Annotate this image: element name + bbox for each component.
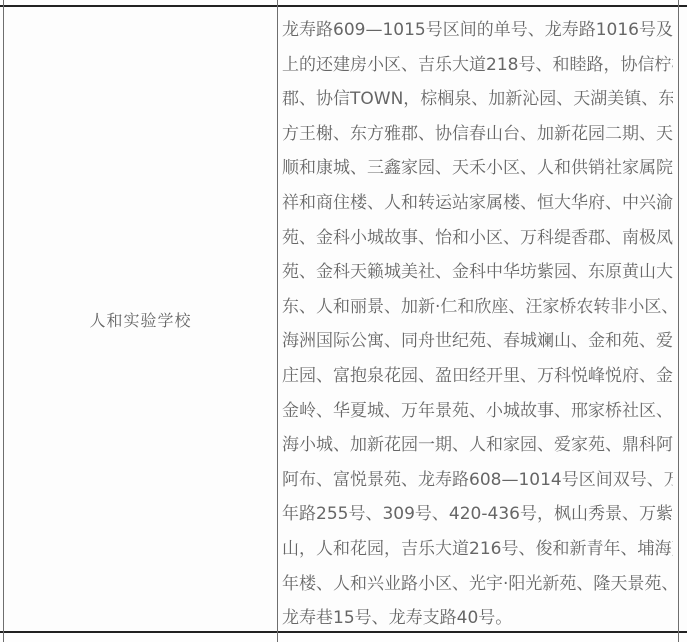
district-line: 祥和商住楼、人和转运站家属楼、恒大华府、中兴渝景: [282, 186, 673, 221]
district-line: 庄园、富抱泉花园、盈田经开里、万科悦峰悦府、金鹏: [282, 359, 673, 394]
school-name-cell: 人和实验学校: [4, 7, 277, 631]
district-line: 苑、金科小城故事、怡和小区、万科缇香郡、南极凤麟: [282, 221, 673, 256]
district-line: 海洲国际公寓、同舟世纪苑、春城斓山、金和苑、爱琴: [282, 324, 673, 359]
district-line: 方王榭、东方雅郡、协信春山台、加新花园二期、天一: [282, 117, 673, 152]
district-line: 顺和康城、三鑫家园、天禾小区、人和供销社家属院、: [282, 151, 673, 186]
district-line: 年路255号、309号、420-436号，枫山秀景、万紫: [282, 497, 673, 532]
district-line: 苑、金科天籁城美社、金科中华坊紫园、东原黄山大道: [282, 255, 673, 290]
district-line: 年楼、人和兴业路小区、光宇·阳光新苑、隆天景苑、: [282, 567, 673, 602]
district-line: 山，人和花园，吉乐大道216号、俊和新青年、埔海万: [282, 532, 673, 567]
district-list-cell: 龙寿路609—1015号区间的单号、龙寿路1016号及以 上的还建房小区、吉乐大…: [282, 7, 673, 631]
district-table-page: 人和实验学校 龙寿路609—1015号区间的单号、龙寿路1016号及以 上的还建…: [0, 0, 687, 642]
district-line: 龙寿路609—1015号区间的单号、龙寿路1016号及以: [282, 13, 673, 48]
column-divider: [277, 0, 278, 642]
table-border-right: [678, 0, 679, 642]
district-line: 金岭、华夏城、万年景苑、小城故事、邢家桥社区、京: [282, 394, 673, 429]
district-line: 阿布、富悦景苑、龙寿路608—1014号区间双号、万: [282, 463, 673, 498]
district-line: 龙寿巷15号、龙寿支路40号。: [282, 601, 673, 636]
school-name: 人和实验学校: [89, 308, 191, 331]
district-line: 东、人和丽景、加新·仁和欣座、汪家桥农转非小区、: [282, 290, 673, 325]
district-line: 郡、协信TOWN，棕榈泉、加新沁园、天湖美镇、东: [282, 82, 673, 117]
district-line: 海小城、加新花园一期、人和家园、爱家苑、鼎科阿布: [282, 428, 673, 463]
district-line: 上的还建房小区、吉乐大道218号、和睦路，协信柠檬: [282, 48, 673, 83]
